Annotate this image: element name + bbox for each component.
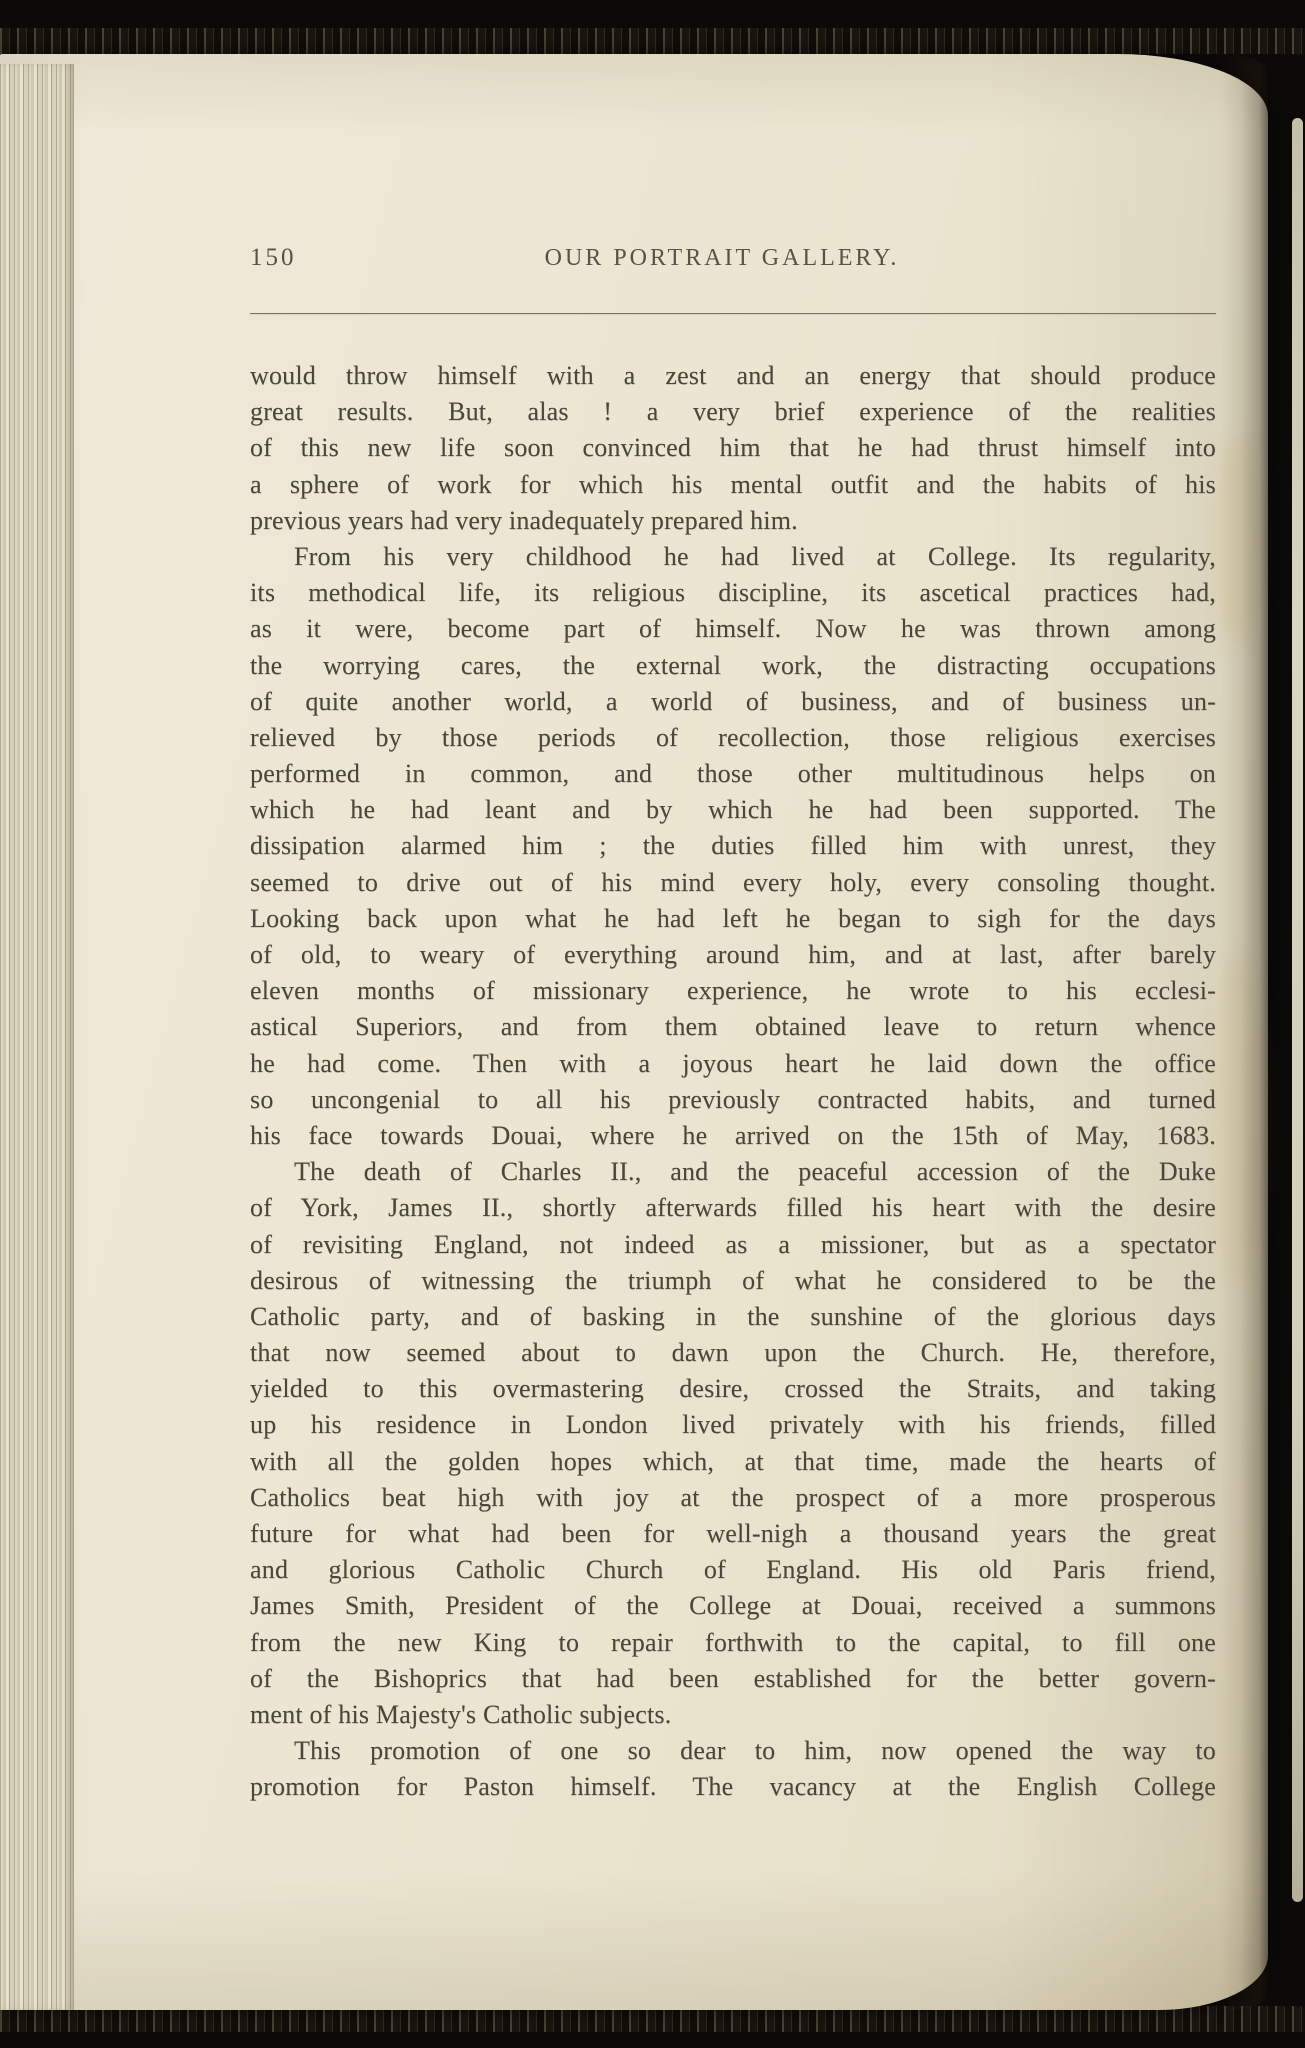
text-line: Catholic party, and of basking in the su… <box>250 1299 1216 1335</box>
text-line: of quite another world, a world of busin… <box>250 684 1216 720</box>
text-line: so uncongenial to all his previously con… <box>250 1082 1216 1118</box>
text-line: he had come. Then with a joyous heart he… <box>250 1046 1216 1082</box>
header-rule <box>250 313 1216 314</box>
text-line: the worrying cares, the external work, t… <box>250 648 1216 684</box>
text-line: up his residence in London lived private… <box>250 1407 1216 1443</box>
text-line: of this new life soon convinced him that… <box>250 430 1216 466</box>
text-line: great results. But, alas ! a very brief … <box>250 394 1216 430</box>
text-line: of revisiting England, not indeed as a m… <box>250 1227 1216 1263</box>
text-line: a sphere of work for which his mental ou… <box>250 467 1216 503</box>
text-line: with all the golden hopes which, at that… <box>250 1444 1216 1480</box>
text-line: that now seemed about to dawn upon the C… <box>250 1335 1216 1371</box>
text-line: its methodical life, its religious disci… <box>250 575 1216 611</box>
page-content: 150 OUR PORTRAIT GALLERY. would throw hi… <box>250 0 1216 2048</box>
book-scan: 150 OUR PORTRAIT GALLERY. would throw hi… <box>0 0 1305 2048</box>
facing-page-edge <box>1292 118 1303 1902</box>
text-line: from the new King to repair forthwith to… <box>250 1625 1216 1661</box>
page-gutter-shadow <box>1220 54 1268 2010</box>
text-line: yielded to this overmastering desire, cr… <box>250 1371 1216 1407</box>
text-line: future for what had been for well-nigh a… <box>250 1516 1216 1552</box>
text-line: From his very childhood he had lived at … <box>250 539 1216 575</box>
text-line: would throw himself with a zest and an e… <box>250 358 1216 394</box>
running-title: OUR PORTRAIT GALLERY. <box>250 245 1194 272</box>
text-line: and glorious Catholic Church of England.… <box>250 1552 1216 1588</box>
text-line: Looking back upon what he had left he be… <box>250 901 1216 937</box>
text-line: The death of Charles II., and the peacef… <box>250 1154 1216 1190</box>
text-line: astical Superiors, and from them obtaine… <box>250 1009 1216 1045</box>
text-line: previous years had very inadequately pre… <box>250 503 1216 539</box>
text-line: his face towards Douai, where he arrived… <box>250 1118 1216 1154</box>
text-line: seemed to drive out of his mind every ho… <box>250 865 1216 901</box>
text-line: relieved by those periods of recollectio… <box>250 720 1216 756</box>
text-line: Catholics beat high with joy at the pros… <box>250 1480 1216 1516</box>
text-line: dissipation alarmed him ; the duties fil… <box>250 828 1216 864</box>
text-line: of old, to weary of everything around hi… <box>250 937 1216 973</box>
page-header: 150 OUR PORTRAIT GALLERY. <box>250 244 1216 278</box>
text-line: of York, James II., shortly afterwards f… <box>250 1190 1216 1226</box>
text-line: which he had leant and by which he had b… <box>250 792 1216 828</box>
text-line: eleven months of missionary experience, … <box>250 973 1216 1009</box>
text-line: desirous of witnessing the triumph of wh… <box>250 1263 1216 1299</box>
text-line: performed in common, and those other mul… <box>250 756 1216 792</box>
text-line: promotion for Paston himself. The vacanc… <box>250 1769 1216 1805</box>
page-edge-stack <box>0 64 74 2010</box>
text-line: of the Bishoprics that had been establis… <box>250 1661 1216 1697</box>
text-line: ment of his Majesty's Catholic subjects. <box>250 1697 1216 1733</box>
body-text: would throw himself with a zest and an e… <box>250 358 1216 1806</box>
text-line: as it were, become part of himself. Now … <box>250 611 1216 647</box>
text-line: James Smith, President of the College at… <box>250 1588 1216 1624</box>
text-line: This promotion of one so dear to him, no… <box>250 1733 1216 1769</box>
